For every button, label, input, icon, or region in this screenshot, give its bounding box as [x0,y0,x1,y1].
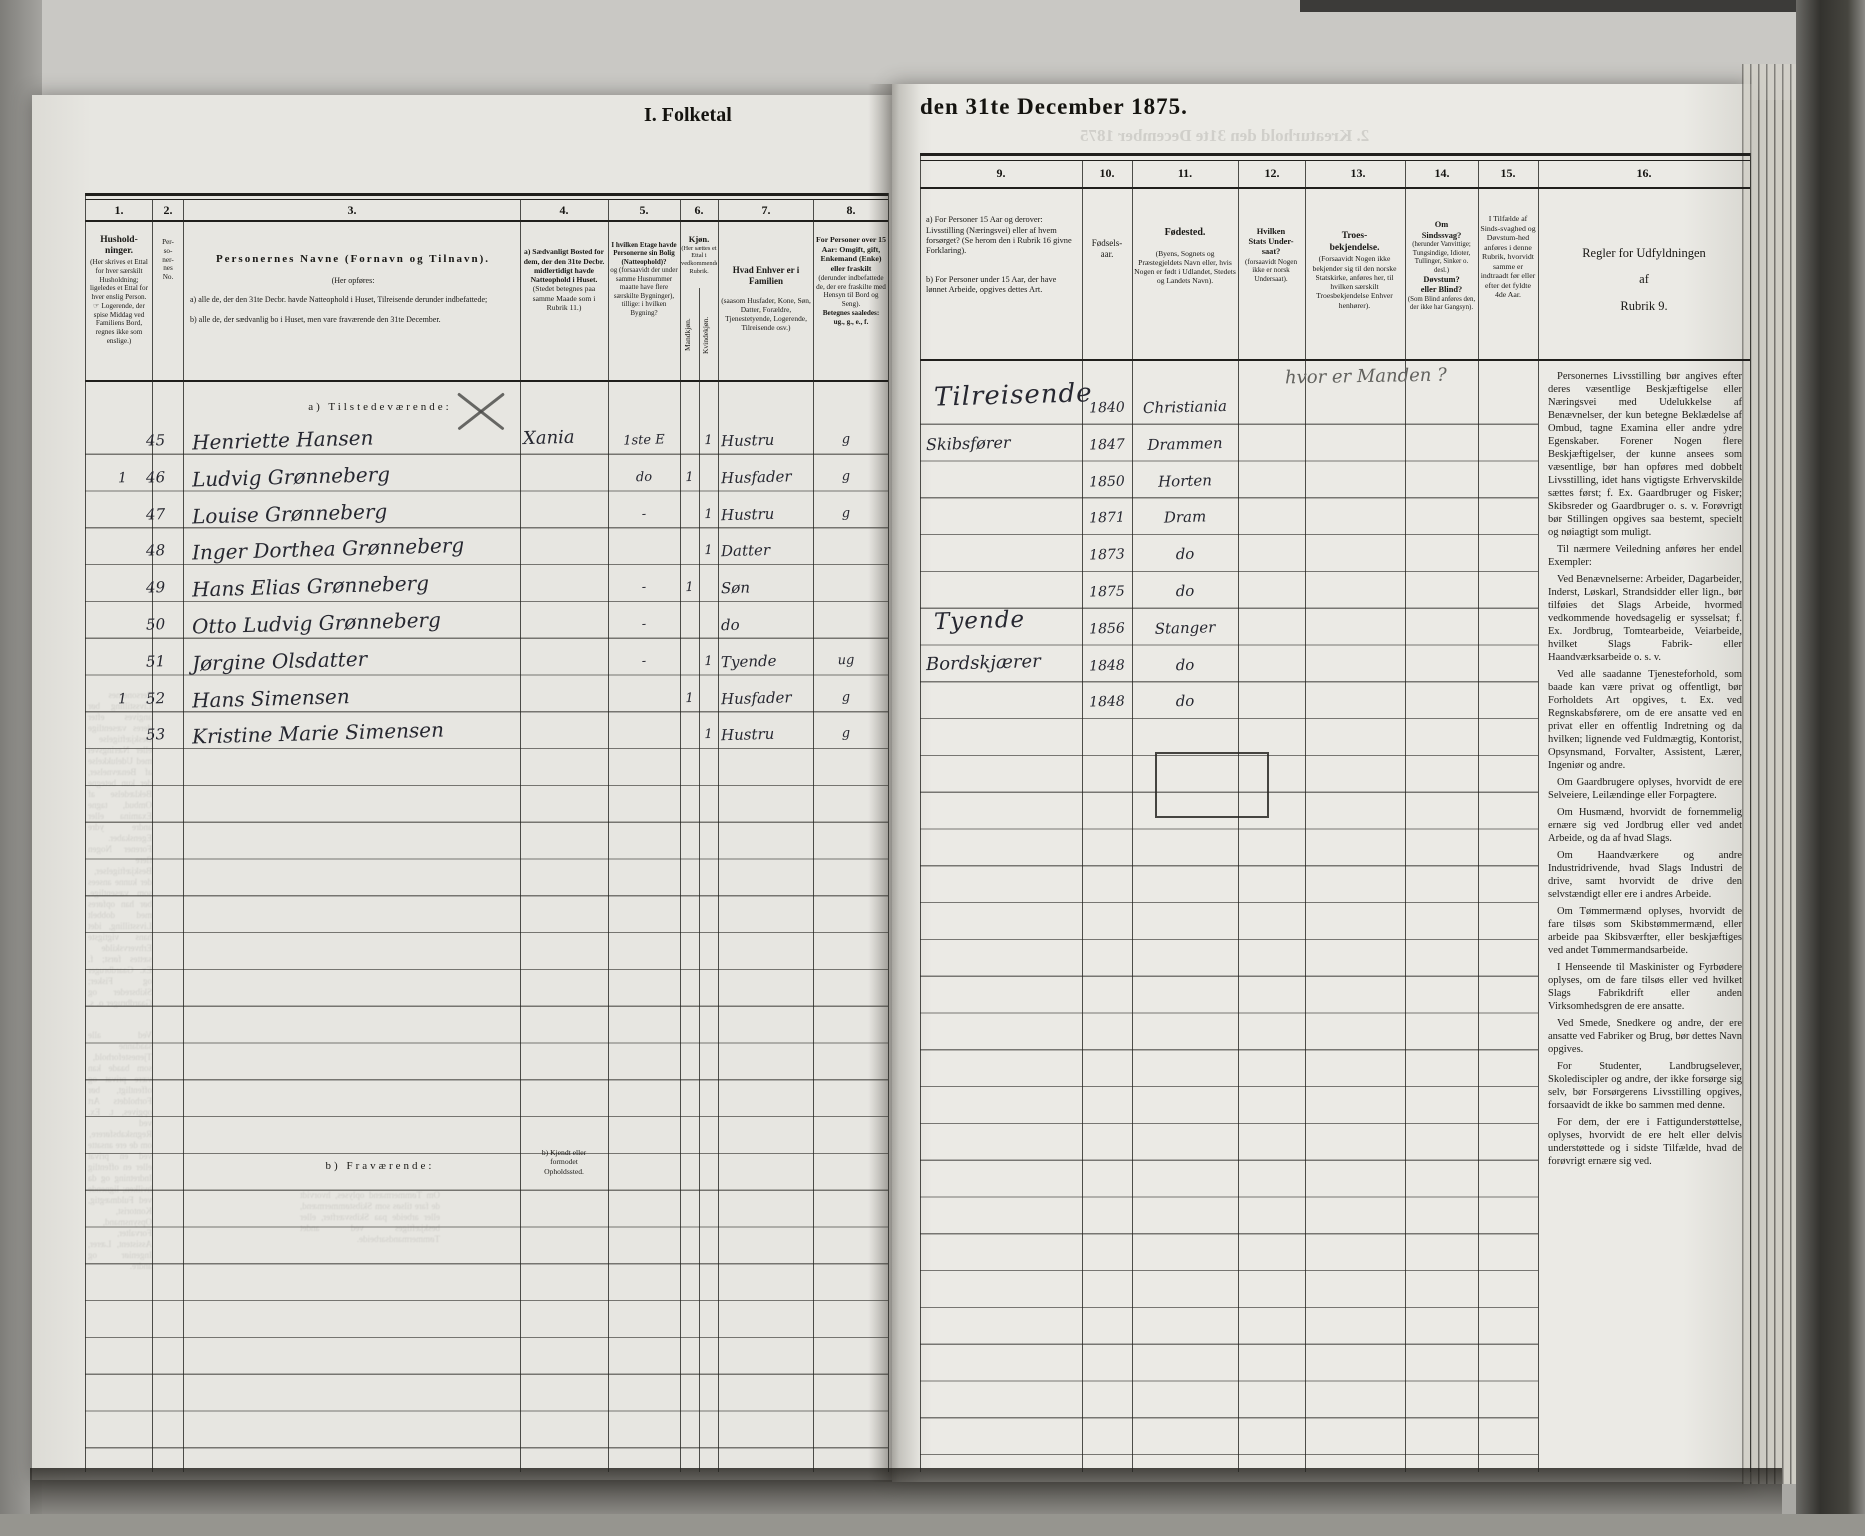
rules-paragraph: Om Husmænd, hvorvidt de fornemmelig ernæ… [1548,806,1742,845]
cell-born: 1847 [1083,436,1131,453]
bleedthrough-block: Ved alle saadanne Tjenesteforhold, som b… [88,1030,152,1310]
cell-occupation [926,467,1080,471]
cell-occupation [926,541,1080,545]
cell-birthplace: Christiania [1133,397,1237,418]
cell-born: 1848 [1083,694,1131,711]
rules-paragraph: Til nærmere Veiledning anføres her endel… [1548,543,1742,569]
cell-born: 1840 [1083,399,1131,416]
cell-birthplace: do [1133,581,1237,602]
cell-birthplace: Dram [1133,507,1237,528]
rules-paragraph: Ved Benævnelserne: Arbeider, Dagarbeider… [1548,573,1742,664]
rules-paragraph: For Studenter, Landbrugselever, Skoledis… [1548,1060,1742,1112]
cell-born: 1875 [1083,583,1131,600]
rules-paragraph: Om Tømmermænd oplyses, hvorvidt de fare … [1548,905,1742,957]
cell-birthplace: Drammen [1133,433,1237,454]
bleedthrough-block: Personernes Livsstilling bør angives eft… [88,690,152,1010]
rules-paragraph: For dem, der ere i Fattigunderstøttelse,… [1548,1116,1742,1168]
cell-occupation: Bordskjærer [926,649,1081,674]
rules-paragraph: Personernes Livsstilling bør angives eft… [1548,370,1742,539]
rules-paragraph: Ved alle saadanne Tjenesteforhold, som b… [1548,668,1742,772]
bleedthrough-block: Om Tømmermænd oplyses, hvorvidt de fare … [300,1190,440,1430]
cell-birthplace: do [1133,691,1237,712]
rules-paragraph: Om Haandværkere og andre Industridrivend… [1548,849,1742,901]
cell-born: 1850 [1083,473,1131,490]
cell-birthplace: do [1133,654,1237,675]
cell-birthplace: Stanger [1133,617,1237,638]
cell-occupation: Tyende [934,605,1095,635]
rules-paragraph: Ved Smede, Snedkere og andre, der ere an… [1548,1017,1742,1056]
cell-occupation [926,578,1080,582]
rules-column-text: Personernes Livsstilling bør angives eft… [1548,370,1742,1466]
cell-birthplace: do [1133,544,1237,565]
cell-occupation [926,504,1080,508]
cell-born: 1873 [1083,547,1131,564]
cell-occupation: Skibsfører [926,431,1080,454]
rules-paragraph: I Henseende til Maskinister og Fyrbødere… [1548,961,1742,1013]
cell-birthplace: Horten [1133,470,1237,491]
scanned-census-spread: I. Folketal den 31te December 1875. 2. K… [0,0,1865,1536]
cell-born: 1848 [1083,657,1131,674]
rules-paragraph: Om Gaardbrugere oplyses, hvorvidt de ere… [1548,776,1742,802]
cell-born: 1856 [1083,620,1131,637]
cell-born: 1871 [1083,510,1131,527]
cell-occupation [926,688,1080,692]
